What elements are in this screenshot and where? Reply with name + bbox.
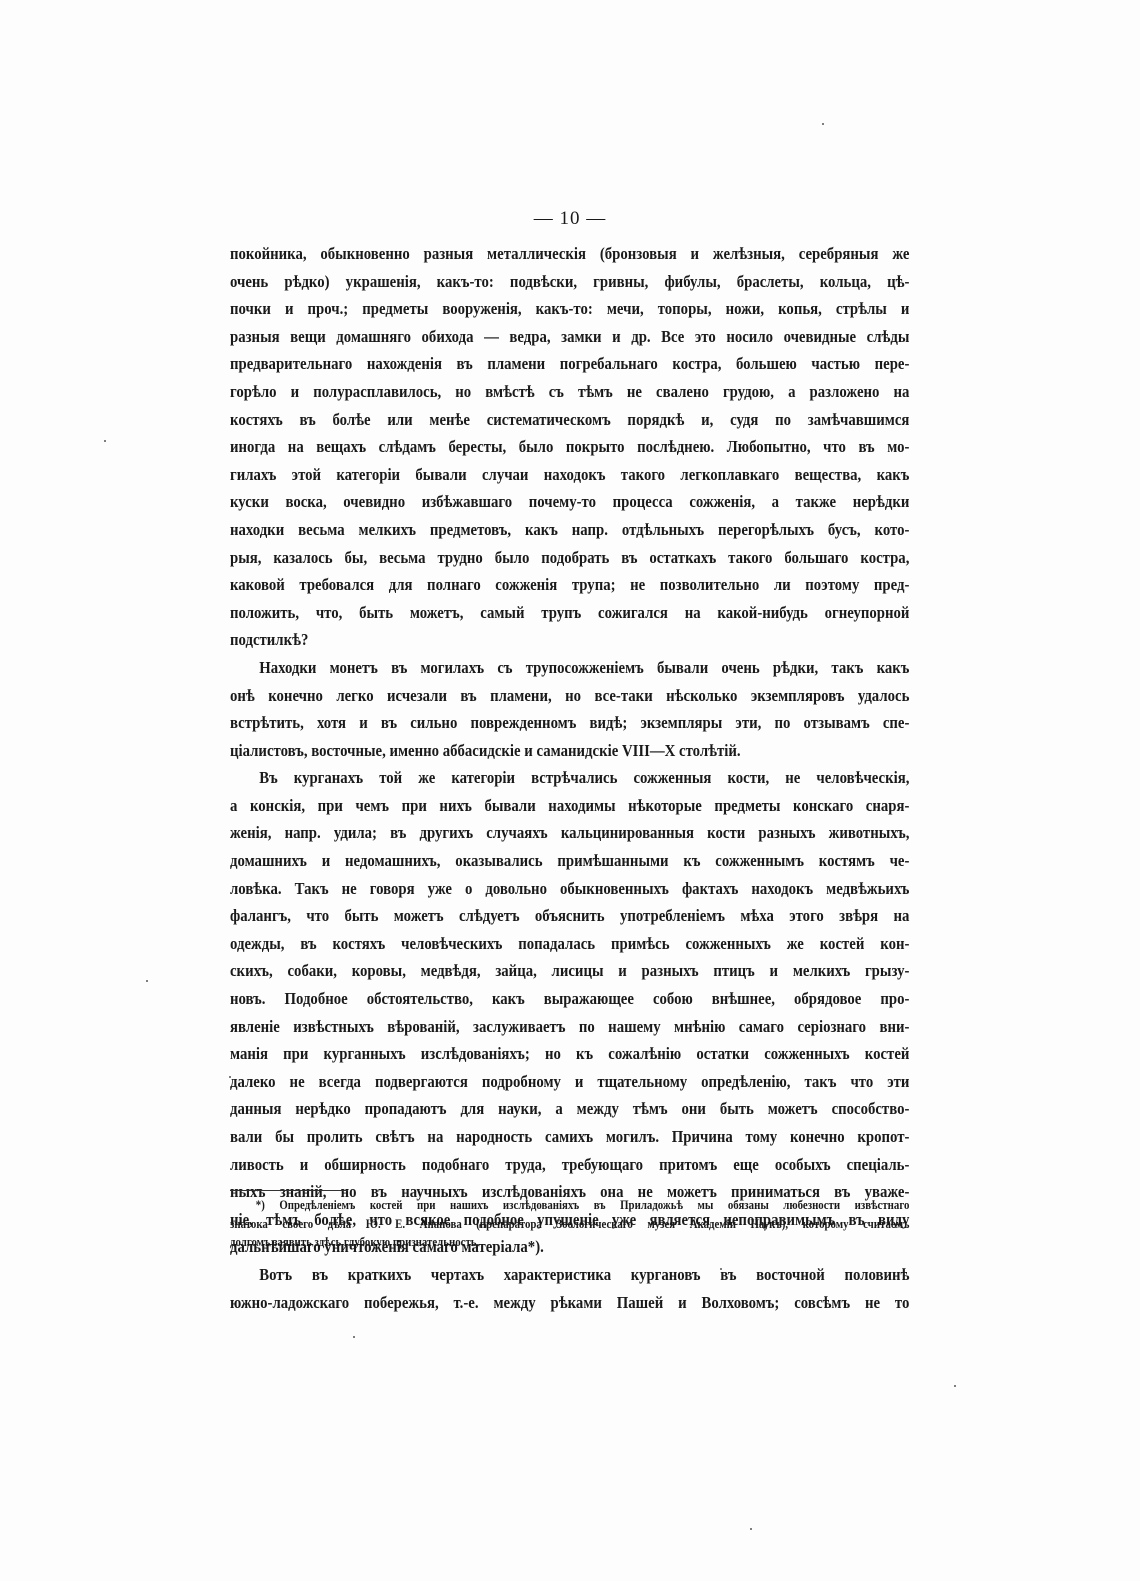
paragraph: покойника, обыкновенно разныя металличес…: [230, 240, 910, 654]
text-line: скихъ, собаки, коровы, медвѣдя, зайца, л…: [230, 957, 909, 985]
text-line: подстилкѣ?: [230, 626, 909, 654]
text-line: гилахъ этой категоріи бывали случаи нахо…: [230, 461, 909, 489]
text-line: встрѣтить, хотя и въ сильно поврежденном…: [230, 709, 909, 737]
text-line: каковой требовался для полнаго сожженія …: [230, 571, 909, 599]
text-line: горѣло и полурасплавилось, но вмѣстѣ съ …: [230, 378, 909, 406]
body-text: покойника, обыкновенно разныя металличес…: [230, 240, 910, 1316]
text-line: южно-ладожскаго побережья, т.-е. между р…: [230, 1289, 909, 1317]
scan-speck: [353, 1336, 355, 1338]
paragraph: Въ курганахъ той же категоріи встрѣчалис…: [230, 764, 910, 1261]
text-line: Вотъ въ краткихъ чертахъ характеристика …: [230, 1261, 909, 1289]
text-line: домашнихъ и недомашнихъ, оказывались при…: [230, 847, 909, 875]
text-line: ціалистовъ, восточные, именно аббасидскі…: [230, 737, 909, 765]
text-line: положить, что, быть можетъ, самый трупъ …: [230, 599, 909, 627]
text-line: женія, напр. удила; въ другихъ случаяхъ …: [230, 819, 909, 847]
text-line: онѣ конечно легко исчезали въ пламени, н…: [230, 682, 909, 710]
scan-speck: [720, 1268, 722, 1270]
text-line: почки и проч.; предметы вооруженія, какъ…: [230, 295, 909, 323]
scan-speck: [954, 1385, 956, 1387]
text-line: далеко не всегда подвергаются подробному…: [230, 1068, 909, 1096]
scan-speck: [104, 440, 106, 442]
scan-speck: [146, 980, 148, 982]
footnote-separator: [230, 1190, 348, 1191]
text-line: манія при курганныхъ изслѣдованіяхъ; но …: [230, 1040, 909, 1068]
text-line: данныя нерѣдко пропадаютъ для науки, а м…: [230, 1095, 909, 1123]
text-line: а конскія, при чемъ при нихъ бывали нахо…: [230, 792, 909, 820]
paragraph: Вотъ въ краткихъ чертахъ характеристика …: [230, 1261, 910, 1316]
text-line: очень рѣдко) украшенія, какъ-то: подвѣск…: [230, 268, 909, 296]
text-line: покойника, обыкновенно разныя металличес…: [230, 240, 909, 268]
footnote-line: долгомъ заявить здѣсь глубокую признател…: [230, 1233, 909, 1252]
text-line: Находки монетъ въ могилахъ съ трупосожже…: [230, 654, 909, 682]
footnote: *) Опредѣленіемъ костей при нашихъ изслѣ…: [230, 1196, 910, 1252]
text-line: рыя, казалось бы, весьма трудно было под…: [230, 544, 909, 572]
text-line: предварительнаго нахожденія въ пламени п…: [230, 350, 909, 378]
document-page: — 10 — покойника, обыкновенно разныя мет…: [0, 0, 1140, 1581]
text-line: вали бы пролить свѣтъ на народность сами…: [230, 1123, 909, 1151]
text-line: куски воска, очевидно избѣжавшаго почему…: [230, 488, 909, 516]
footnote-line: знатока своего дѣла Ю. Е. Ананова (препа…: [230, 1215, 909, 1234]
text-line: костяхъ въ болѣе или менѣе систематическ…: [230, 406, 909, 434]
text-line: иногда на вещахъ слѣдамъ бересты, было п…: [230, 433, 909, 461]
scan-speck: [229, 1076, 231, 1078]
text-line: ловѣка. Такъ не говоря уже о довольно об…: [230, 875, 909, 903]
text-line: фалангъ, что быть можетъ слѣдуетъ объясн…: [230, 902, 909, 930]
page-number: — 10 —: [0, 208, 1140, 230]
text-line: разныя вещи домашняго обихода — ведра, з…: [230, 323, 909, 351]
paragraph: Находки монетъ въ могилахъ съ трупосожже…: [230, 654, 910, 764]
text-line: Въ курганахъ той же категоріи встрѣчалис…: [230, 764, 909, 792]
scan-speck: [750, 1528, 752, 1530]
text-line: новъ. Подобное обстоятельство, какъ выра…: [230, 985, 909, 1013]
footnote-line: *) Опредѣленіемъ костей при нашихъ изслѣ…: [230, 1196, 909, 1215]
text-line: ливость и обширность подобнаго труда, тр…: [230, 1151, 909, 1179]
scan-speck: [822, 123, 824, 125]
text-line: находки весьма мелкихъ предметовъ, какъ …: [230, 516, 909, 544]
text-line: одежды, въ костяхъ человѣческихъ попадал…: [230, 930, 909, 958]
text-line: явленіе извѣстныхъ вѣрованій, заслуживае…: [230, 1013, 909, 1041]
